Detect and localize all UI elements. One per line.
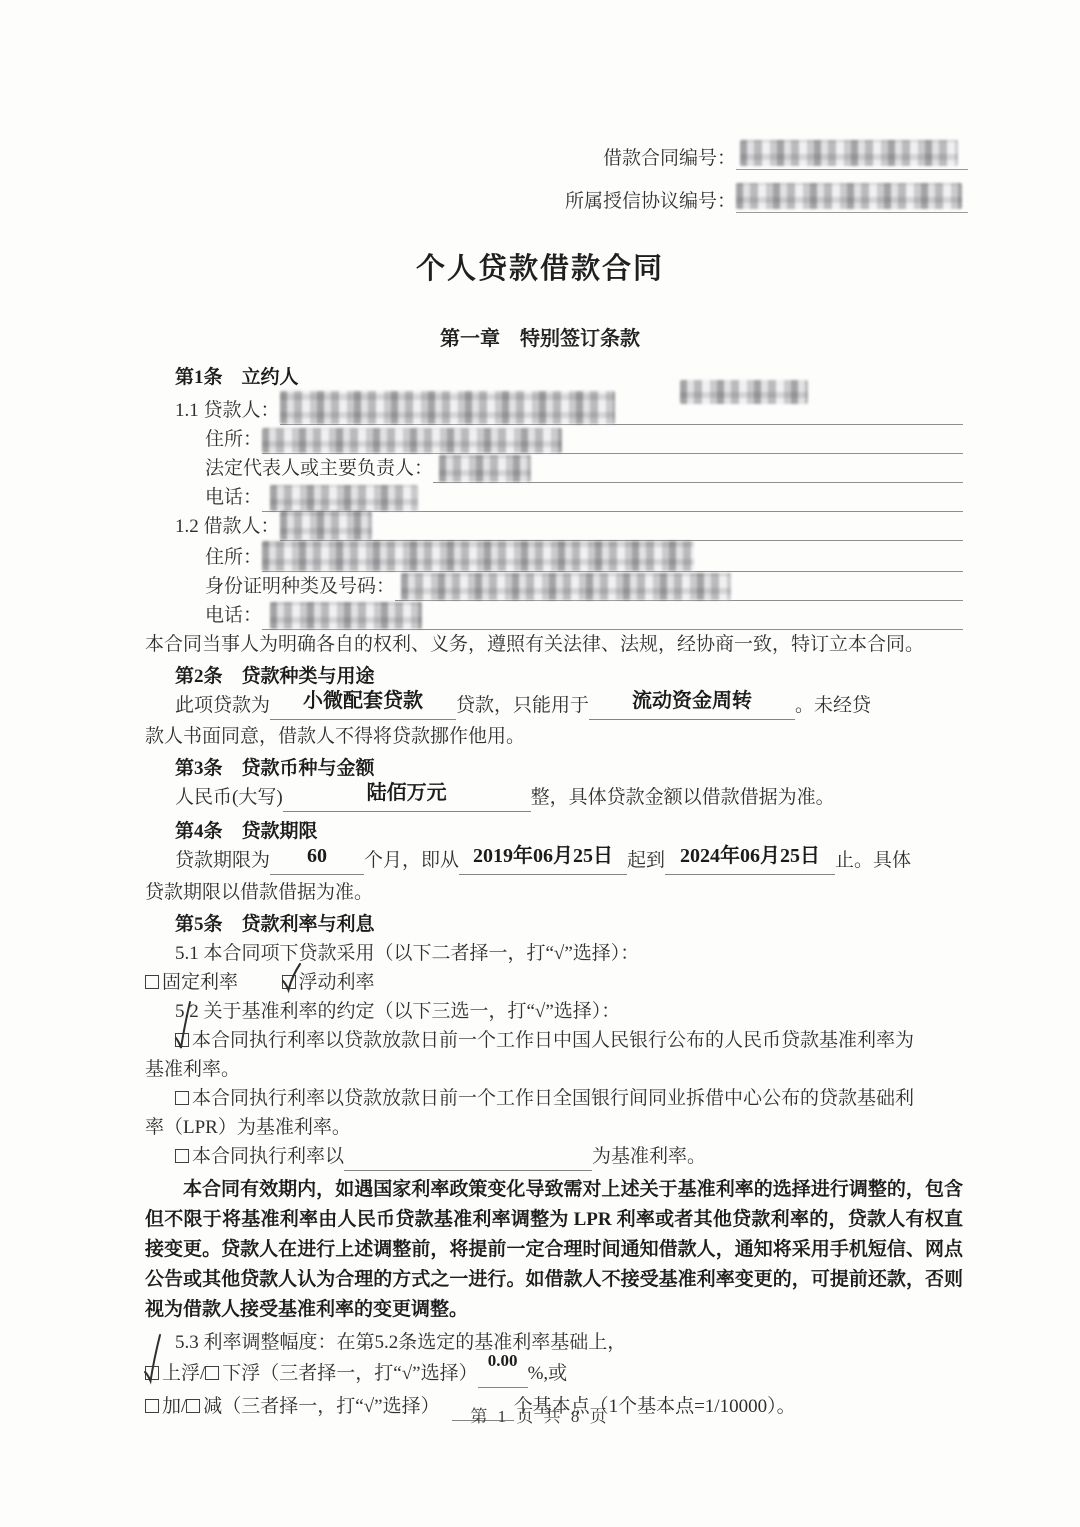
- article1-heading: 第1条 立约人: [145, 363, 963, 392]
- floating-rate-label: 浮动利率: [299, 972, 375, 993]
- base-rate-option2: 本合同执行利率以贷款放款日前一个工作日全国银行间同业拆借中心公布的贷款基础利: [145, 1084, 963, 1113]
- lender-address-label: 住所：: [205, 425, 262, 454]
- start-date-value: 2019年06月25日: [473, 843, 613, 869]
- legal-rep-blank: [433, 454, 963, 483]
- lender-address-blank: [262, 425, 963, 454]
- redaction-borrower-id: [401, 573, 731, 600]
- article3-heading: 第3条 贷款币种与金额: [145, 754, 963, 783]
- lender-address-row: 住所：: [145, 425, 963, 454]
- checkbox-other-rate-unchecked: [175, 1149, 189, 1163]
- checkbox-lpr-rate-unchecked: [175, 1091, 189, 1105]
- loan-type-row: 此项贷款为小微配套贷款贷款，只能用于流动资金周转。未经贷: [145, 691, 963, 722]
- loan-type-value: 小微配套贷款: [303, 688, 423, 714]
- term-row: 贷款期限为60个月，即从2019年06月25日起到2024年06月25日止。具体: [145, 846, 963, 878]
- term-seg3: 起到: [627, 850, 665, 871]
- borrower-address-row: 住所：: [145, 541, 963, 572]
- header-numbers: 借款合同编号： 所属授信协议编号：: [548, 136, 968, 222]
- float-adjust-row: 上浮/下浮（三者择一，打“√”选择）0.00%,或: [145, 1359, 963, 1392]
- borrower-label: 1.2 借款人：: [175, 512, 280, 541]
- contract-number-label: 借款合同编号：: [603, 143, 736, 170]
- base-rate-option3: 本合同执行利率以为基准利率。: [145, 1142, 963, 1173]
- article2-heading: 第2条 贷款种类与用途: [145, 662, 963, 691]
- lender-row: 1.1 贷款人：: [145, 392, 963, 425]
- loan-type-seg2: 贷款，只能用于: [456, 695, 589, 716]
- redaction-borrower-phone: [270, 602, 422, 629]
- percent-value: 0.00: [488, 1348, 518, 1374]
- credit-number-row: 所属授信协议编号：: [548, 179, 968, 213]
- redaction-lender-name: [280, 391, 615, 424]
- loan-type-seg3: 。未经贷: [795, 695, 871, 716]
- checkbox-float-down-unchecked: [205, 1366, 219, 1380]
- checkmark-icon: [142, 1331, 165, 1383]
- lender-phone-label: 电话：: [205, 483, 262, 512]
- lender-blank: [280, 396, 963, 425]
- credit-number-label: 所属授信协议编号：: [565, 186, 736, 213]
- amount-row: 人民币(大写)陆佰万元整，具体贷款金额以借款借据为准。: [145, 783, 963, 814]
- fixed-rate-label: 固定利率: [162, 972, 238, 993]
- base-rate-option1: 本合同执行利率以贷款放款日前一个工作日中国人民银行公布的人民币贷款基准利率为: [145, 1026, 963, 1055]
- contract-number-row: 借款合同编号：: [548, 136, 968, 170]
- checkbox-fixed-rate-unchecked: [145, 975, 159, 989]
- clause-5-1: 5.1 本合同项下贷款采用（以下二者择一，打“√”选择）：: [145, 939, 963, 968]
- lender-label: 1.1 贷款人：: [175, 396, 280, 425]
- borrower-row: 1.2 借款人：: [145, 512, 963, 541]
- redaction-credit-number: [736, 183, 962, 209]
- redaction-borrower-address: [262, 541, 694, 571]
- amount-blank: 陆佰万元: [283, 786, 531, 812]
- clause-5-2: 5.2 关于基准利率的约定（以下三选一，打“√”选择）：: [145, 997, 963, 1026]
- redaction-legal-rep: [439, 455, 531, 482]
- clause-5-3: 5.3 利率调整幅度：在第5.2条选定的基准利率基础上，: [145, 1328, 963, 1359]
- redaction-contract-number: [740, 140, 958, 166]
- base-rate-option1-text: 本合同执行利率以贷款放款日前一个工作日中国人民银行公布的人民币贷款基准利率为: [192, 1030, 914, 1051]
- legal-rep-label: 法定代表人或主要负责人：: [205, 454, 433, 483]
- base-rate-option2-cont: 率（LPR）为基准利率。: [145, 1113, 963, 1142]
- amount-seg2: 整，具体贷款金额以借款借据为准。: [531, 787, 835, 808]
- article2-cont: 款人书面同意，借款人不得将贷款挪作他用。: [145, 722, 963, 751]
- article4-cont: 贷款期限以借款借据为准。: [145, 878, 963, 907]
- redaction-lender-phone: [270, 485, 418, 511]
- loan-use-blank: 流动资金周转: [589, 694, 795, 720]
- loan-use-value: 流动资金周转: [632, 688, 752, 714]
- float-up-label: 上浮/: [162, 1363, 205, 1384]
- months-value: 60: [307, 843, 327, 869]
- end-date-blank: 2024年06月25日: [665, 849, 835, 875]
- rate-change-notice: 本合同有效期内，如遇国家利率政策变化导致需对上述关于基准利率的选择进行调整的，包…: [145, 1175, 963, 1325]
- other-rate-blank: [344, 1145, 592, 1171]
- checkbox-floating-rate-checked: [282, 975, 296, 989]
- contract-body: 第1条 立约人 1.1 贷款人： 住所： 法定代表人或主要负责人： 电话：: [145, 360, 963, 1426]
- lender-phone-row: 电话：: [145, 483, 963, 512]
- borrower-address-label: 住所：: [205, 543, 262, 572]
- document-title: 个人贷款借款合同: [0, 246, 1080, 287]
- percent-suffix: %,或: [528, 1363, 568, 1384]
- loan-type-blank: 小微配套贷款: [270, 694, 456, 720]
- amount-seg1: 人民币(大写): [175, 787, 283, 808]
- chapter-heading: 第一章 特别签订条款: [0, 322, 1080, 351]
- article5-heading: 第5条 贷款利率与利息: [145, 910, 963, 939]
- borrower-id-blank: [395, 572, 963, 601]
- checkbox-float-up-checked: [145, 1366, 159, 1380]
- redaction-lender-branch: [680, 380, 808, 404]
- borrower-address-blank: [262, 543, 963, 572]
- redaction-borrower-name: [280, 511, 372, 540]
- contract-page: 借款合同编号： 所属授信协议编号： 个人贷款借款合同 第一章 特别签订条款 第1…: [0, 0, 1080, 1527]
- legal-rep-row: 法定代表人或主要负责人：: [145, 454, 963, 483]
- lender-phone-blank: [262, 483, 963, 512]
- checkmark-icon: [172, 998, 195, 1050]
- base-rate-option2-text: 本合同执行利率以贷款放款日前一个工作日全国银行间同业拆借中心公布的贷款基础利: [192, 1088, 914, 1109]
- base-rate-option1-cont: 基准利率。: [145, 1055, 963, 1084]
- loan-type-seg1: 此项贷款为: [175, 695, 270, 716]
- redaction-lender-address: [262, 428, 562, 453]
- article4-heading: 第4条 贷款期限: [145, 817, 963, 846]
- term-seg2: 个月，即从: [364, 850, 459, 871]
- credit-number-blank: [736, 183, 968, 213]
- checkmark-icon: [280, 961, 303, 992]
- borrower-blank: [280, 512, 963, 541]
- borrower-phone-row: 电话：: [145, 601, 963, 630]
- base-rate-option3-seg2: 为基准利率。: [592, 1146, 706, 1167]
- page-footer: 第 1 页 共 8 页: [0, 1402, 1080, 1427]
- contract-number-blank: [736, 140, 968, 170]
- borrower-id-label: 身份证明种类及号码：: [205, 572, 395, 601]
- float-down-label: 下浮（三者择一，打“√”选择）: [222, 1363, 477, 1384]
- term-seg4: 止。具体: [835, 850, 911, 871]
- checkbox-pboc-rate-checked: [175, 1033, 189, 1047]
- borrower-phone-blank: [262, 601, 963, 630]
- months-blank: 60: [270, 849, 364, 875]
- start-date-blank: 2019年06月25日: [459, 849, 627, 875]
- rate-mode-options: 固定利率 浮动利率: [145, 968, 963, 997]
- borrower-id-row: 身份证明种类及号码：: [145, 572, 963, 601]
- term-seg1: 贷款期限为: [175, 850, 270, 871]
- base-rate-option3-seg1: 本合同执行利率以: [192, 1146, 344, 1167]
- percent-blank: 0.00: [478, 1362, 528, 1388]
- borrower-phone-label: 电话：: [205, 601, 262, 630]
- end-date-value: 2024年06月25日: [680, 843, 820, 869]
- article1-closing: 本合同当事人为明确各自的权利、义务，遵照有关法律、法规，经协商一致，特订立本合同…: [145, 630, 963, 659]
- amount-value: 陆佰万元: [367, 780, 447, 806]
